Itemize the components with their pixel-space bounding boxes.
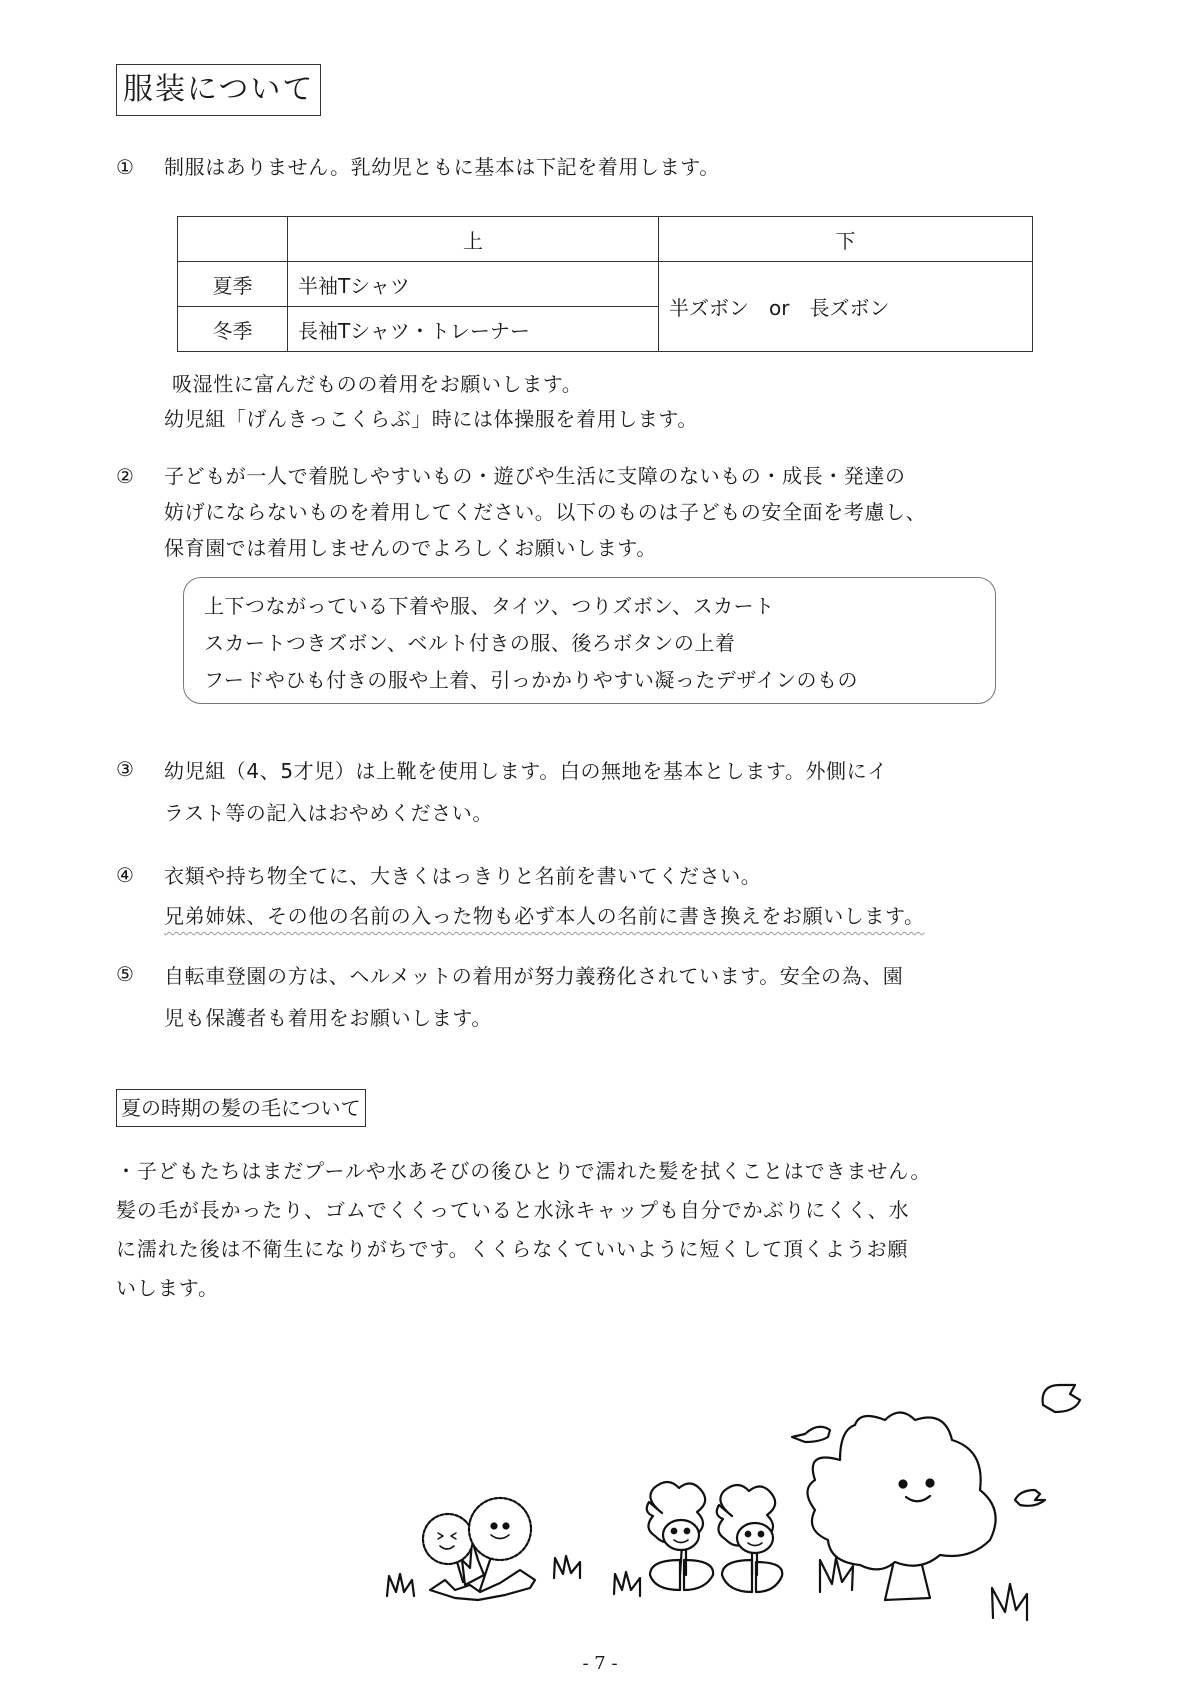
tree-icon [808,1413,996,1601]
page-number: - 7 - [0,1653,1200,1674]
flower-icon [647,1482,783,1592]
dandelion-icon [423,1498,535,1600]
decorative-illustration [0,0,1200,1697]
